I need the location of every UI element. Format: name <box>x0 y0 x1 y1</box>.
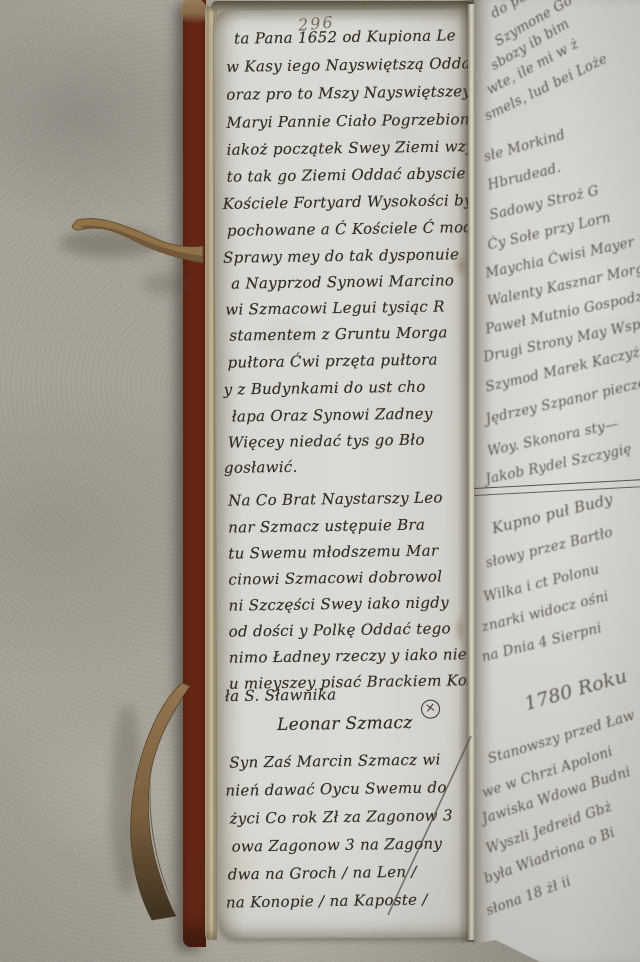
manuscript-line: Więcey niedać tys go Bło <box>228 431 425 452</box>
book-spine-leather <box>183 0 206 947</box>
manuscript-line: pułtora Ćwi przęta pułtora <box>227 350 438 371</box>
manuscript-line: łapa Oraz Synowi Zadney <box>232 405 433 426</box>
manuscript-line: Maryi Pannie Ciało Pogrzebion <box>226 110 470 132</box>
manuscript-line: dwa na Groch / na Len / <box>228 863 417 884</box>
manuscript-line: słe Morkind <box>482 127 567 166</box>
manuscript-line: nień dawać Oycu Swemu do <box>225 778 447 799</box>
manuscript-line: ni Szczęści Swey iako nigdy <box>228 593 449 614</box>
manuscript-line: wi Szmacowi Legui tysiąc R <box>225 297 445 318</box>
manuscript-line: a Nayprzod Synowi Marcino <box>231 271 454 292</box>
manuscript-line: od dości y Polkę Oddać tego <box>229 619 451 640</box>
manuscript-line: Leonar Szmacz <box>277 713 413 735</box>
manuscript-line: to tak go Ziemi Oddać abyscie <box>227 164 466 186</box>
manuscript-line: oraz pro to Mszy Nayswiętszey <box>226 82 471 104</box>
manuscript-line: gosławić. <box>224 458 298 477</box>
manuscript-photo: 296 ta Pana 1652 od Kupiona Lew Kasy ieg… <box>0 0 640 962</box>
manuscript-line: tu Swemu młodszemu Mar <box>228 541 438 562</box>
manuscript-line: owa Zagonow 3 na Zagony <box>231 834 442 855</box>
manuscript-line: Syn Zaś Marcin Szmacz wi <box>229 750 441 771</box>
left-manuscript-page: 296 ta Pana 1652 od Kupiona Lew Kasy ieg… <box>214 9 476 938</box>
manuscript-line: nar Szmacz ustępuie Bra <box>228 516 425 537</box>
manuscript-line: ta Pana 1652 od Kupiona Le <box>234 26 456 47</box>
manuscript-line: 1780 Roku <box>522 665 630 715</box>
manuscript-line: iakoż początek Swey Ziemi wzy <box>226 137 474 159</box>
cross-glyph: × <box>424 700 437 716</box>
manuscript-line: w Kasy iego Nayswiętszą Oddai <box>226 54 476 76</box>
manuscript-line: nimo Ładney rzeczy y iako nie <box>229 645 467 667</box>
crossed-circle-mark: × <box>420 698 442 720</box>
gutter-crease <box>468 4 475 940</box>
manuscript-line: Hbrudead. <box>486 160 563 194</box>
left-page-text: ta Pana 1652 od Kupiona Lew Kasy iego Na… <box>214 9 472 10</box>
manuscript-line: Sprawy mey do tak dysponuie <box>223 245 459 267</box>
manuscript-line: stamentem z Gruntu Morga <box>229 323 447 344</box>
manuscript-line: na Konopie / na Kaposte / <box>226 891 428 912</box>
manuscript-line: cinowi Szmacowi dobrowol <box>228 567 442 588</box>
manuscript-line: ła S. Sławnika <box>225 685 337 705</box>
manuscript-line: Kościele Fortyard Wysokości było <box>223 191 488 213</box>
manuscript-line: życi Co rok Zł za Zagonow 3 <box>229 806 453 827</box>
manuscript-line: Na Co Brat Naystarszy Leo <box>228 488 443 509</box>
manuscript-line: y z Budynkami do ust cho <box>224 378 426 399</box>
manuscript-line: pochowane a Ć Kościele Ć mod <box>227 218 474 240</box>
